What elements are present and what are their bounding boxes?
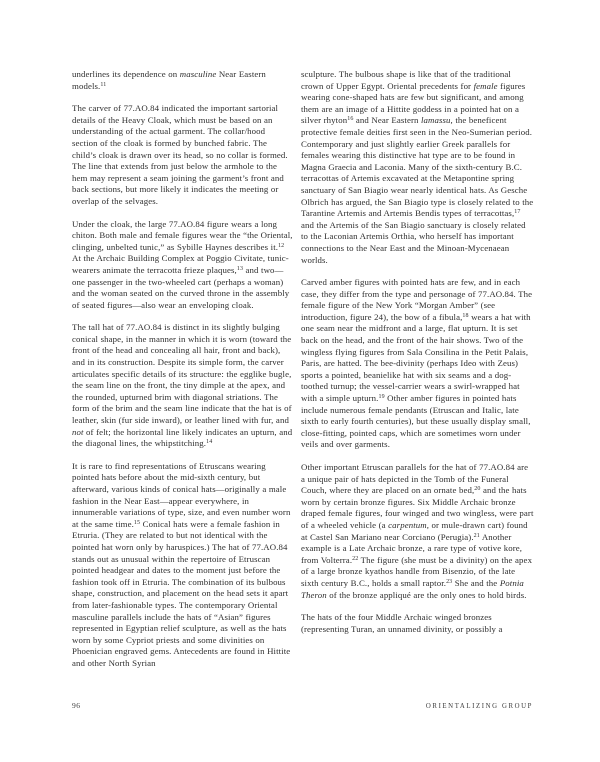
text-run: The tall hat of 77.AO.84 is distinct in … <box>72 322 292 425</box>
paragraph: It is rare to find representations of Et… <box>72 461 293 670</box>
paragraph: The tall hat of 77.AO.84 is distinct in … <box>72 322 293 450</box>
footnote-ref[interactable]: 13 <box>237 266 243 272</box>
paragraph: The hats of the four Middle Archaic wing… <box>301 612 534 635</box>
footnote-ref[interactable]: 22 <box>352 556 358 562</box>
text-run: of felt; the horizontal line likely indi… <box>72 427 292 449</box>
footnote-ref[interactable]: 17 <box>514 209 520 215</box>
paragraph: Carved amber figures with pointed hats a… <box>301 277 534 451</box>
italic-text: lamassu <box>421 115 451 125</box>
italic-text: masculine <box>180 69 217 79</box>
text-run: Under the cloak, the large 77.AO.84 figu… <box>72 219 293 252</box>
paragraph: Other important Etruscan parallels for t… <box>301 462 534 601</box>
text-run: The carver of 77.AO.84 indicated the imp… <box>72 103 288 206</box>
paragraph: Under the cloak, the large 77.AO.84 figu… <box>72 219 293 312</box>
text-run: of the bronze appliqué are the only ones… <box>327 590 527 600</box>
footnote-ref[interactable]: 16 <box>347 116 353 122</box>
footnote-ref[interactable]: 12 <box>278 243 284 249</box>
footnote-ref[interactable]: 21 <box>474 533 480 539</box>
footnote-ref[interactable]: 23 <box>446 579 452 585</box>
paragraph: sculpture. The bulbous shape is like tha… <box>301 69 534 266</box>
text-run: Conical hats were a female fashion in Et… <box>72 519 290 668</box>
page-number: 96 <box>72 701 81 710</box>
text-run: The hats of the four Middle Archaic wing… <box>301 612 503 634</box>
italic-text: female <box>474 81 498 91</box>
paragraph: underlines its dependence on masculine N… <box>72 69 293 92</box>
footnote-ref[interactable]: 19 <box>378 394 384 400</box>
book-page: underlines its dependence on masculine N… <box>0 0 600 762</box>
text-run: and Near Eastern <box>353 115 421 125</box>
text-run: underlines its dependence on <box>72 69 180 79</box>
text-run: wears a hat with one seam near the midfr… <box>301 312 531 403</box>
paragraph: The carver of 77.AO.84 indicated the imp… <box>72 103 293 207</box>
text-run: , the beneficent protective female deiti… <box>301 115 533 218</box>
text-column-right: sculpture. The bulbous shape is like tha… <box>301 69 534 670</box>
text-column-left: underlines its dependence on masculine N… <box>72 69 293 670</box>
running-head: ORIENTALIZING GROUP <box>426 703 533 710</box>
footnote-ref[interactable]: 11 <box>100 82 106 88</box>
footnote-ref[interactable]: 20 <box>474 486 480 492</box>
footnote-ref[interactable]: 14 <box>206 439 212 445</box>
text-run: She and the <box>452 578 500 588</box>
italic-text: not <box>72 427 84 437</box>
footnote-ref[interactable]: 15 <box>134 520 140 526</box>
text-run: and the Artemis of the San Biagio sanctu… <box>301 220 526 265</box>
italic-text: carpentum <box>388 520 427 530</box>
page-footer: 96 ORIENTALIZING GROUP <box>72 701 533 710</box>
footnote-ref[interactable]: 18 <box>462 313 468 319</box>
text-columns: underlines its dependence on masculine N… <box>72 69 534 670</box>
